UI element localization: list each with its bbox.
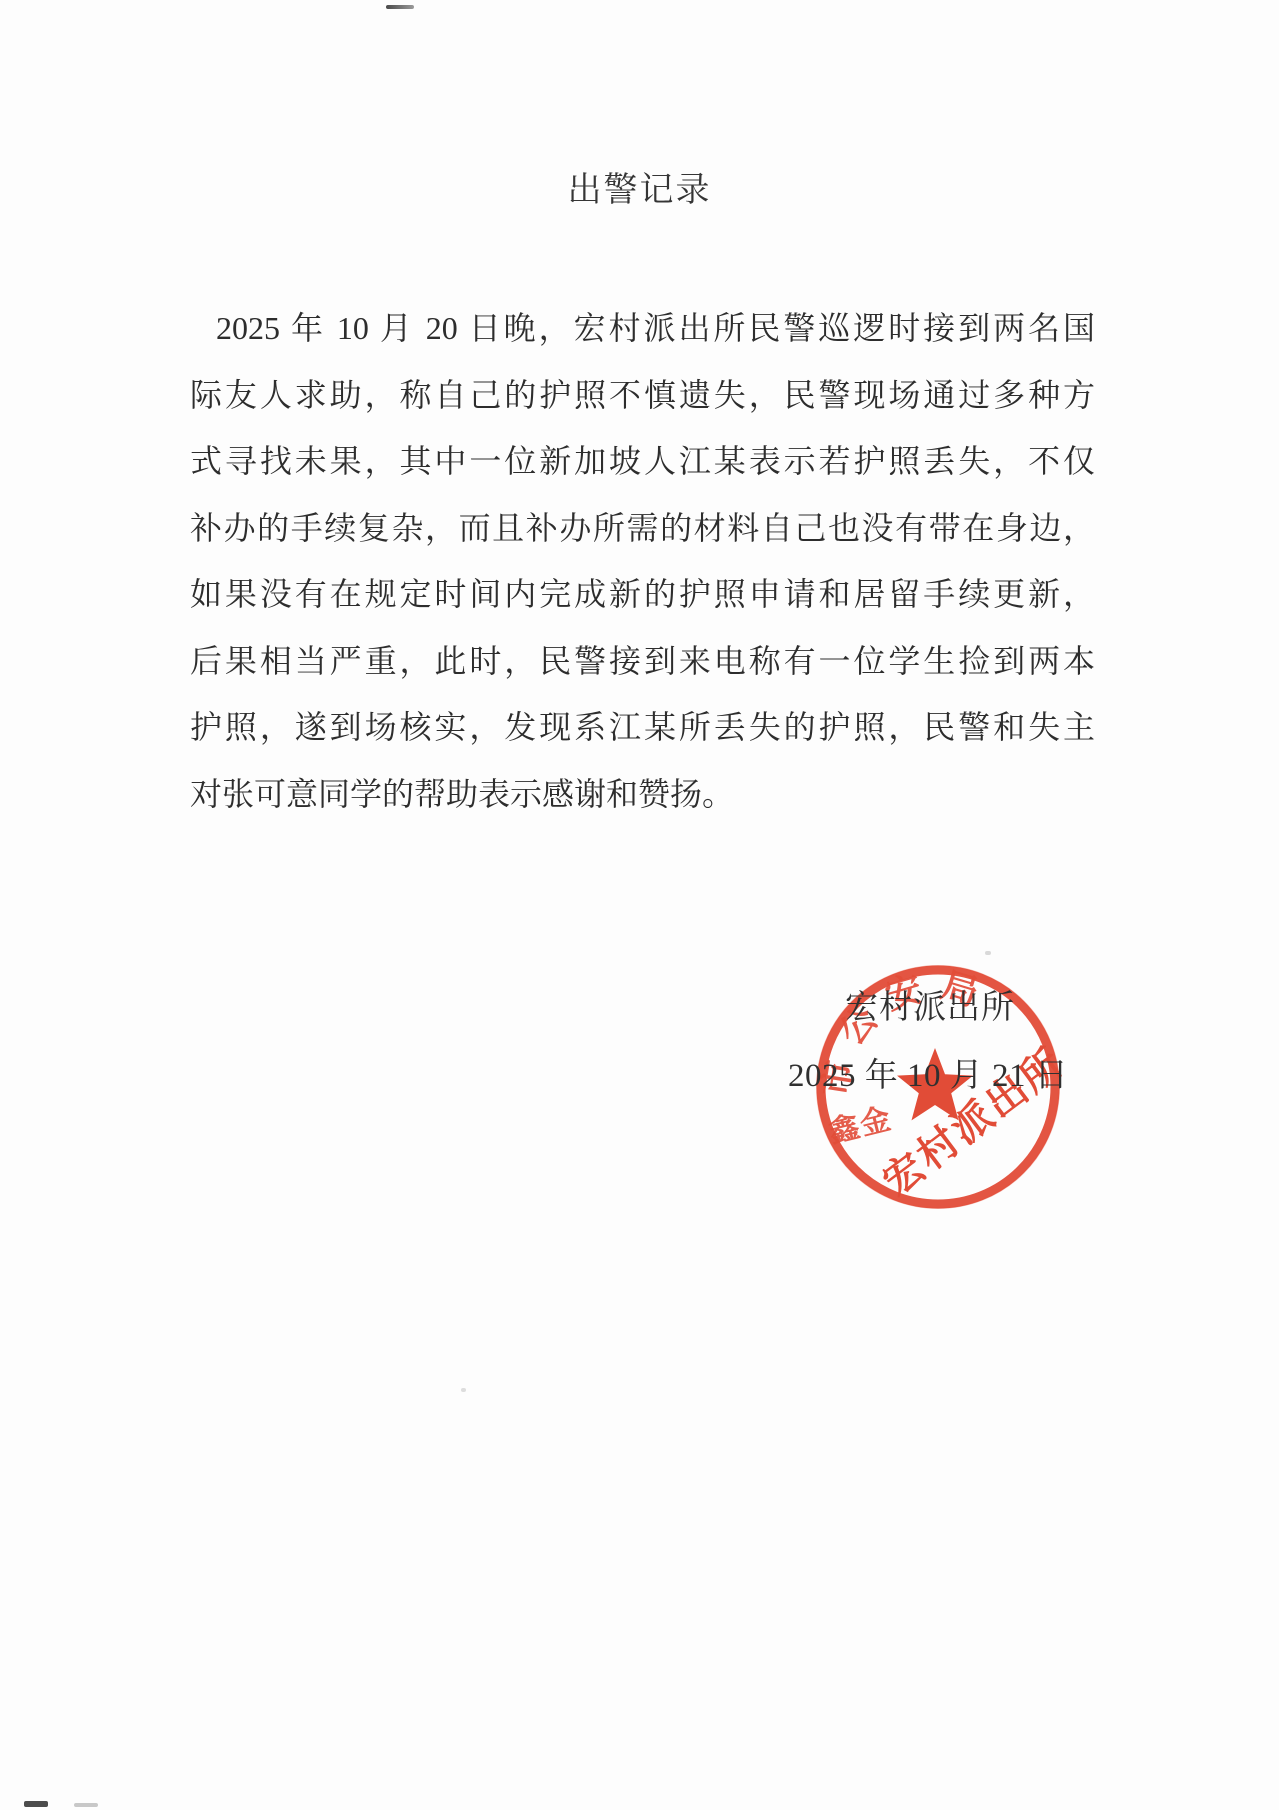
body-line: 护照，遂到场核实，发现系江某所丢失的护照，民警和失主 [190, 694, 1095, 761]
signature-date: 2025 年 10 月 21 日 [788, 1049, 1068, 1096]
scan-artifact-bottom-left-light [74, 1803, 98, 1807]
body-line: 式寻找未果，其中一位新加坡人江某表示若护照丢失，不仅 [190, 428, 1095, 495]
body-line: 际友人求助，称自己的护照不慎遗失，民警现场通过多种方 [190, 362, 1095, 429]
body-line: 对张可意同学的帮助表示感谢和赞扬。 [190, 761, 1095, 828]
document-title: 出警记录 [0, 162, 1279, 211]
signature-unit-name: 宏村派出所 [845, 981, 1015, 1028]
document-body: 2025 年 10 月 20 日晚，宏村派出所民警巡逻时接到两名国际友人求助，称… [190, 295, 1095, 827]
body-line: 如果没有在规定时间内完成新的护照申请和居留手续更新， [190, 561, 1095, 628]
body-line: 补办的手续复杂，而且补办所需的材料自己也没有带在身边， [190, 495, 1095, 562]
scanned-document-page: 出警记录 2025 年 10 月 20 日晚，宏村派出所民警巡逻时接到两名国际友… [0, 0, 1279, 1810]
body-line: 2025 年 10 月 20 日晚，宏村派出所民警巡逻时接到两名国 [190, 295, 1095, 362]
body-line: 后果相当严重，此时，民警接到来电称有一位学生捡到两本 [190, 628, 1095, 695]
scan-artifact-speck [985, 951, 991, 955]
scan-artifact-speck [461, 1388, 466, 1392]
seal-side-text: 鑫金 [826, 1102, 896, 1150]
scan-artifact-bottom-left-dark [24, 1801, 48, 1807]
scan-artifact-top-dash [386, 5, 414, 9]
